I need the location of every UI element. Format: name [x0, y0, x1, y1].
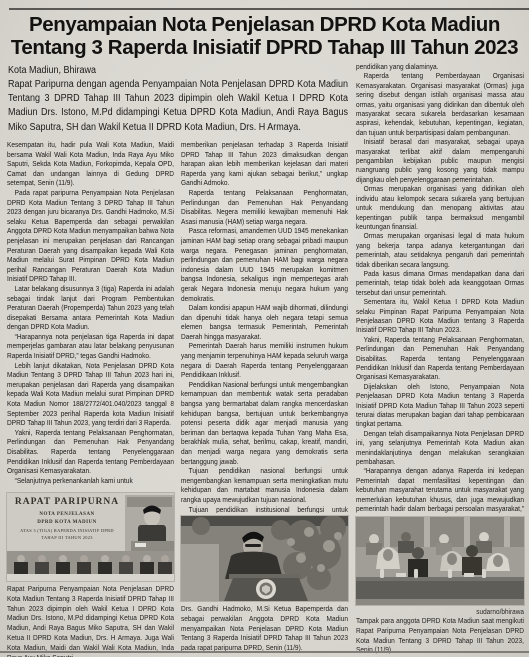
paragraph: Pada kasus dimana Ormas mendapatkan dana… [356, 269, 524, 297]
photo-audience-art [356, 517, 524, 605]
closing-quote: “Harapannya dengan adanya Raperda ini ke… [356, 466, 524, 514]
paragraph: Dijelakskan oleh Istono, Penyampaian Not… [356, 382, 524, 429]
paragraph: Pendidikan Nasional berfungsi untuk meng… [181, 380, 348, 466]
paragraph: Pada rapat paripurna Penyampaian Nota Pe… [7, 188, 174, 284]
paragraph: Yakni, Raperda tentang Pelaksanaan Pengh… [7, 428, 174, 476]
banner-line: ATAS 3 (TIGA) RAPERDA INISIATIF DPRD [9, 529, 125, 533]
paragraph: Pemerintah Daerah harus memiliki instrum… [181, 341, 348, 379]
body-column-3: pendidikan yang dialaminya. Raperda tent… [356, 62, 524, 655]
paragraph: Dengan telah disampaikannya Nota Penjela… [356, 429, 524, 467]
dateline: Kota Madiun, Bhirawa [8, 64, 348, 78]
paragraph: Lebih lanjut dikatakan, Nota Penjelasan … [7, 361, 174, 428]
paragraph: Kesempatan itu, hadir pula Wali Kota Mad… [7, 140, 174, 188]
paragraph: Tujuan pendidikan nasional berfungsi unt… [181, 466, 348, 504]
column-2-text: memberikan penjelasan terhadap 3 Raperda… [181, 140, 348, 513]
paragraph: Pasca reformasi, amandemen UUD 1945 mene… [181, 226, 348, 303]
photo-caption-2: Drs. Gandhi Hadmoko, M.Si Ketua Bapemper… [181, 604, 348, 653]
paragraph: Raperda tentang Pelaksanaan Penghormatan… [181, 188, 348, 226]
column-1-text: Kesempatan itu, hadir pula Wali Kota Mad… [7, 140, 174, 490]
photo-dprd-members [356, 517, 524, 605]
byline-tag: [dar.adv] [423, 514, 450, 515]
paragraph: “Selanjutnya perkenankanlah kami untuk [7, 476, 174, 486]
photo-rapat-paripurna: RAPAT PARIPURNA NOTA PENJELASAN DPRD KOT… [7, 493, 174, 581]
paragraph: Inisiatif berasal dari masyarakat, sebag… [356, 137, 524, 184]
paragraph: pendidikan yang dialaminya. [356, 62, 524, 71]
photo-podium-art [181, 516, 348, 601]
banner-line: NOTA PENJELASAN [9, 512, 125, 517]
article-headline: Penyampaian Nota Penjelasan DPRD Kota Ma… [4, 13, 525, 59]
photo-caption-1: Rapat Paripurna Penyampaian Nota Penjela… [7, 584, 174, 657]
bottom-rule-divider [0, 651, 529, 653]
paragraph: Tujuan pendidikan institusional berfungs… [181, 505, 348, 513]
body-column-2: memberikan penjelasan terhadap 3 Raperda… [181, 140, 348, 653]
headline-line-2: Tentang 3 Raperda Inisiatif DPRD Tahap I… [4, 36, 525, 59]
lead-block: Kota Madiun, Bhirawa Rapat Paripurna den… [8, 64, 348, 135]
newspaper-article-page: Penyampaian Nota Penjelasan DPRD Kota Ma… [0, 0, 529, 657]
paragraph: Dalam kondisi apapun HAM wajib dihormati… [181, 303, 348, 341]
banner-line: TAHAP III TAHUN 2023 [9, 536, 125, 540]
paragraph: Sementara itu, Wakil Ketua I DPRD Kota M… [356, 297, 524, 335]
paragraph: Raperda tentang Pemberdayaan Organisasi … [356, 71, 524, 137]
paragraph: Ormas merupakan organisasi yang didirika… [356, 184, 524, 231]
paragraph: Ormas merupakan organisasi legal di mata… [356, 231, 524, 269]
paragraph: “Harapannya nota penjelasan tiga Raperda… [7, 332, 174, 361]
photo-gandhi-hadmoko-podium [181, 516, 348, 601]
top-rule-divider [9, 8, 529, 10]
paragraph: Latar belakang disusunnya 3 (tiga) Raper… [7, 284, 174, 332]
photo-banner-text: RAPAT PARIPURNA NOTA PENJELASAN DPRD KOT… [9, 498, 125, 540]
paragraph: memberikan penjelasan terhadap 3 Raperda… [181, 140, 348, 188]
banner-line: RAPAT PARIPURNA [9, 498, 125, 508]
photo-credit: sudarno/bhirawa [356, 607, 524, 616]
paragraph: “Harapannya dengan adanya Raperda ini ke… [356, 466, 524, 514]
body-column-1: Kesempatan itu, hadir pula Wali Kota Mad… [7, 140, 174, 657]
headline-line-1: Penyampaian Nota Penjelasan DPRD Kota Ma… [4, 13, 525, 36]
photo-caption-3: Tampak para anggota DPRD Kota Madiun saa… [356, 616, 524, 655]
column-3-text: pendidikan yang dialaminya. Raperda tent… [356, 62, 524, 514]
lead-paragraph: Rapat Paripurna dengan agenda Penyampaia… [8, 78, 348, 135]
paragraph: Yakni, Raperda tentang Pelaksanaan Pengh… [356, 335, 524, 382]
banner-line: DPRD KOTA MADIUN [9, 520, 125, 525]
